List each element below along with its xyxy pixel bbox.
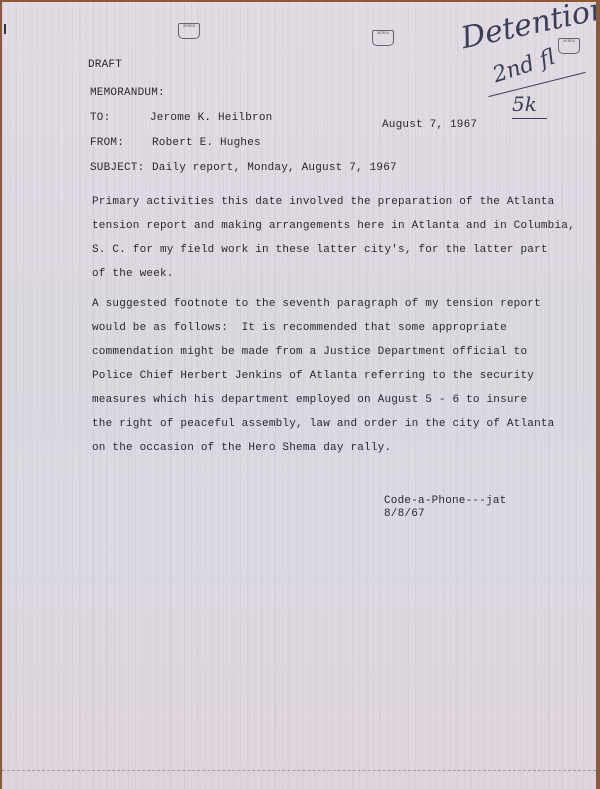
paragraph-1: Primary activities this date involved th… [92, 190, 575, 286]
from-label: FROM: [90, 137, 124, 149]
xerox-stamp-1: XEROX [178, 23, 200, 39]
memo-date: August 7, 1967 [382, 119, 477, 131]
paragraph-2: A suggested footnote to the seventh para… [92, 292, 554, 460]
subject-label: SUBJECT: [90, 162, 144, 174]
subject-value: Daily report, Monday, August 7, 1967 [152, 162, 397, 174]
staple-mark [4, 24, 12, 34]
memorandum-label: MEMORANDUM: [90, 87, 165, 99]
handwritten-code: 5k [512, 92, 537, 116]
signature-date: 8/8/67 [384, 508, 425, 520]
to-label: TO: [90, 112, 110, 124]
xerox-stamp-2: XEROX [372, 30, 394, 46]
bottom-crease [2, 770, 596, 771]
handwritten-underline-2 [512, 118, 547, 119]
to-value: Jerome K. Heilbron [150, 112, 272, 124]
xerox-stamp-3: XEROX [558, 38, 580, 54]
from-value: Robert E. Hughes [152, 137, 261, 149]
draft-label: DRAFT [88, 59, 122, 71]
signature-line: Code-a-Phone---jat [384, 495, 506, 507]
memo-page: XEROX XEROX XEROX DRAFT MEMORANDUM: TO: … [2, 2, 596, 789]
